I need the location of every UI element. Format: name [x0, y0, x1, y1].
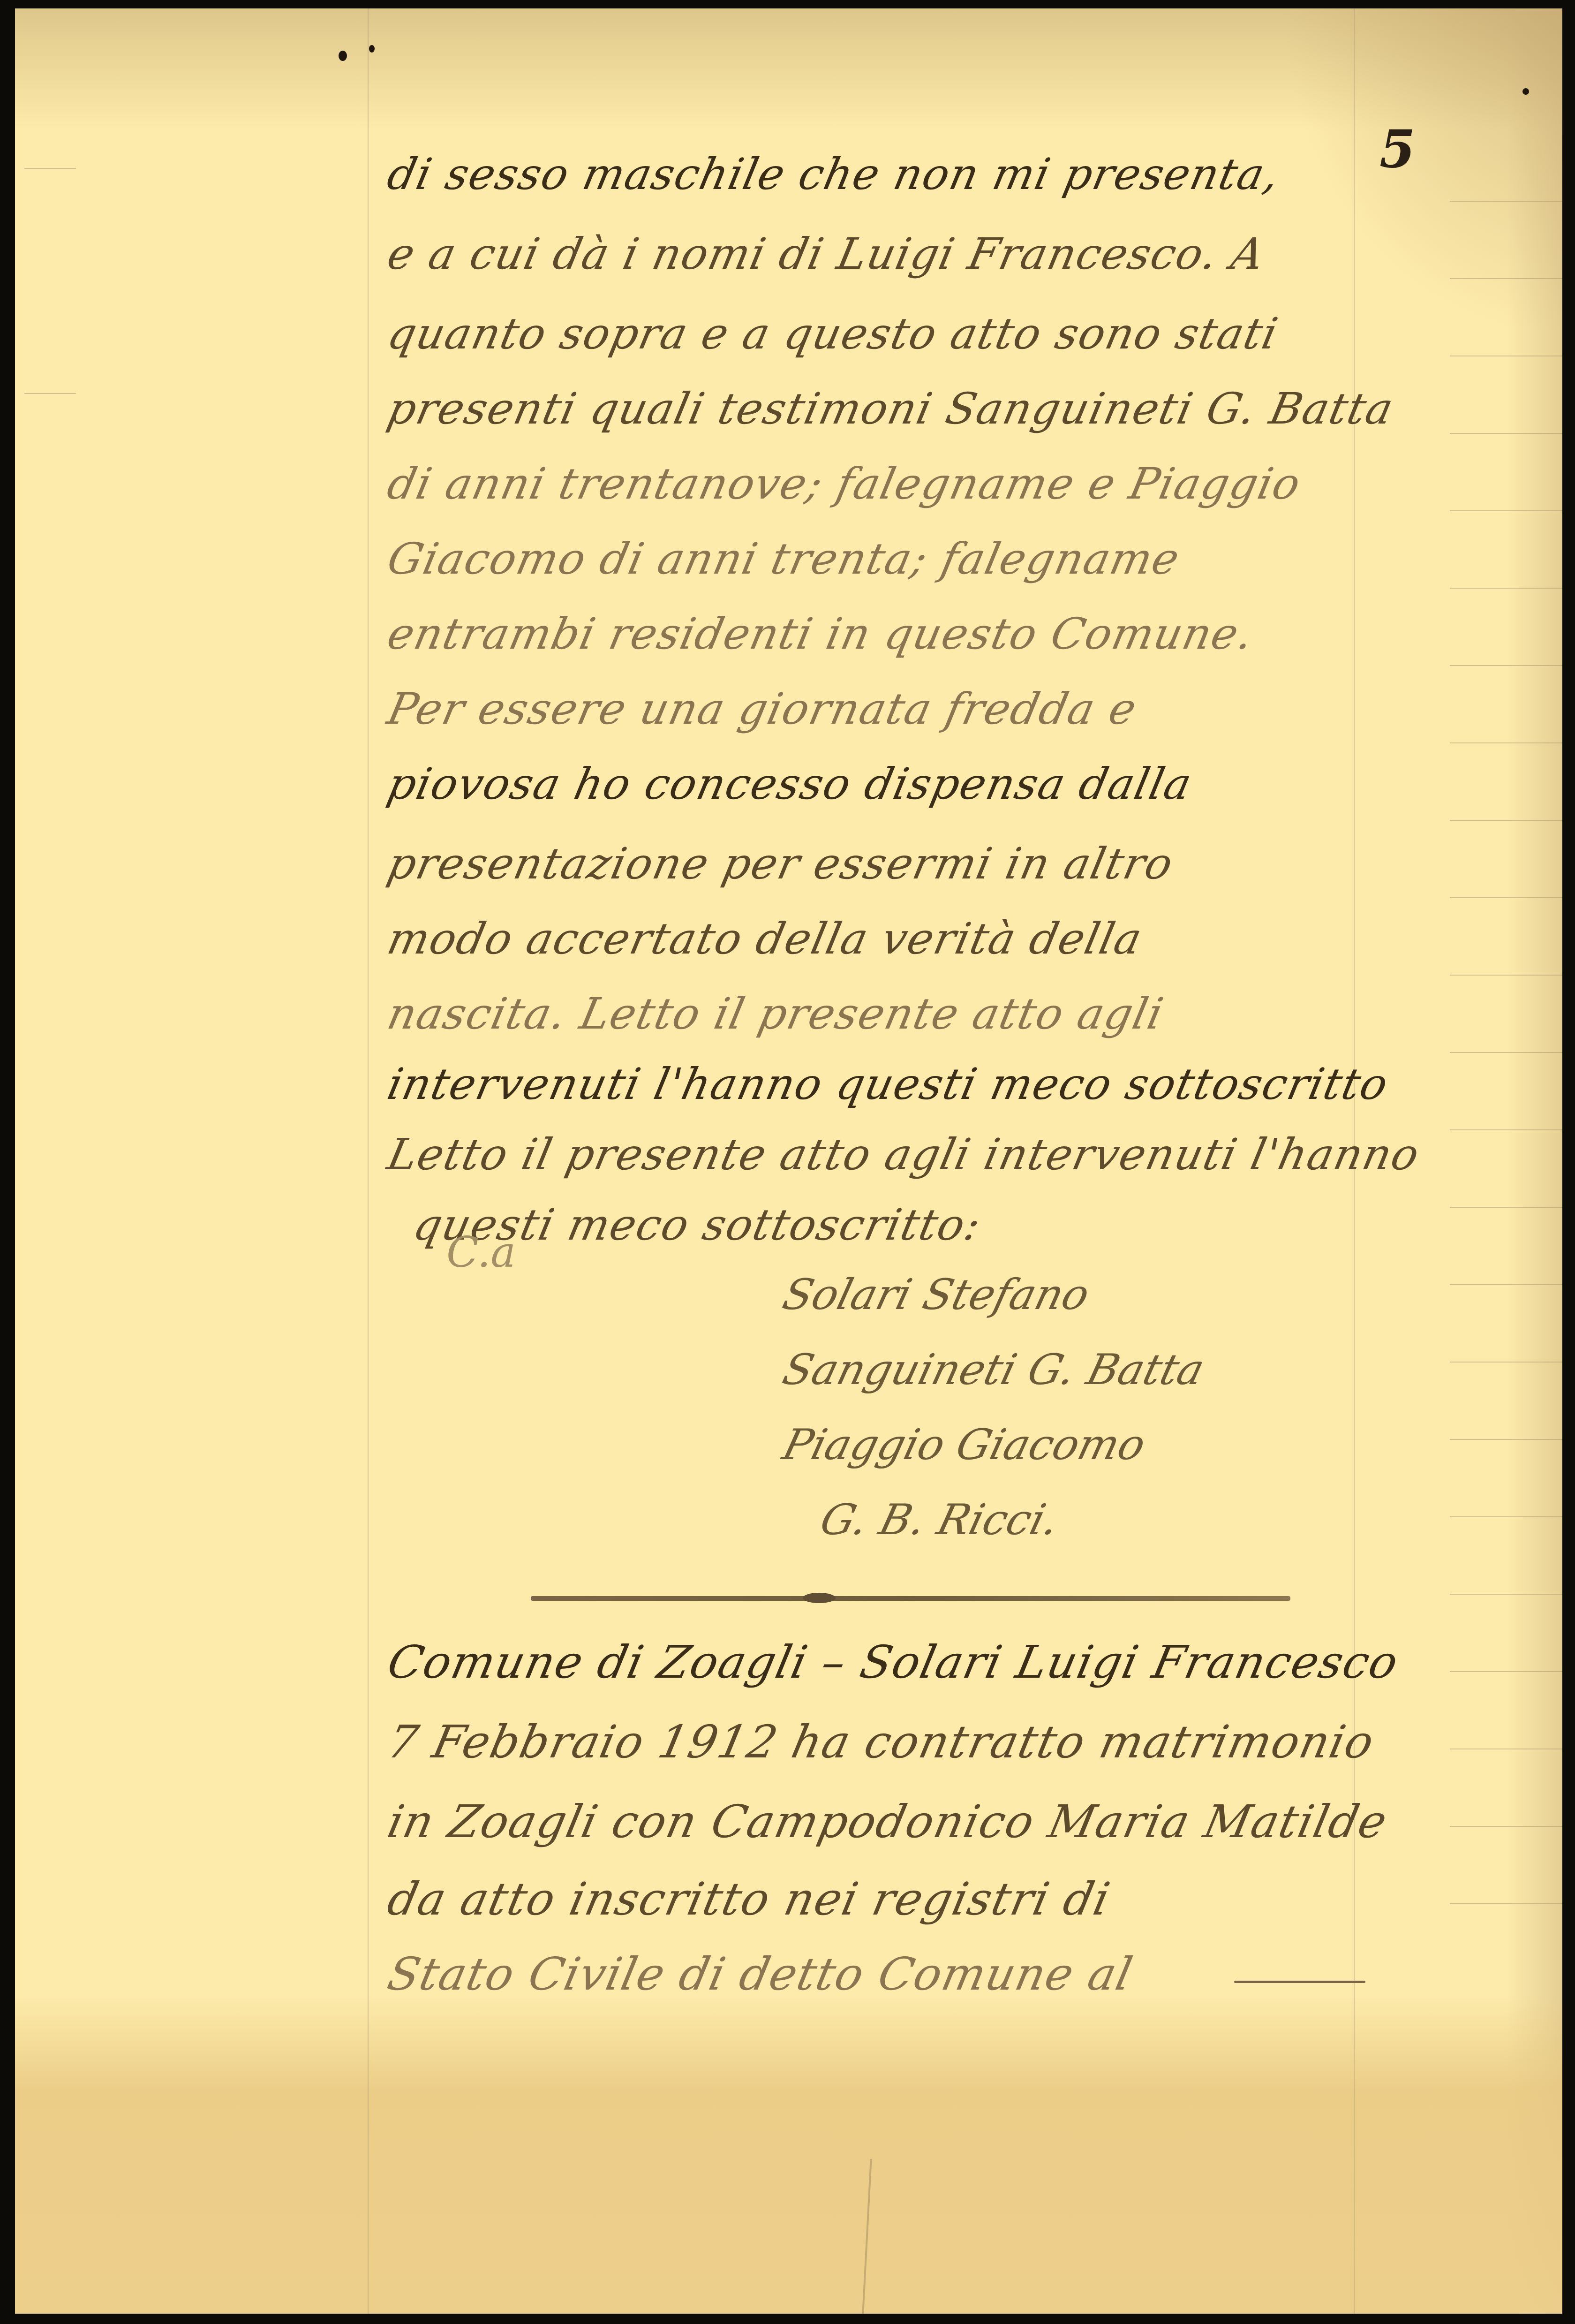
ruling-tick: [1450, 1439, 1562, 1440]
ruling-tick: [24, 168, 76, 169]
divider-ink-blob: [803, 1593, 836, 1603]
ruling-tick: [1450, 1129, 1562, 1130]
annotation-line-3: in Zoagli con Campodonico Maria Matilde: [383, 1795, 1392, 1848]
paper-stain-right-edge: [1506, 8, 1562, 2314]
ruling-tick: [24, 393, 76, 394]
ruling-tick: [1450, 588, 1562, 589]
ruling-tick: [1450, 201, 1562, 202]
signature-sanguineti: Sanguineti G. Batta: [778, 1345, 1209, 1394]
ruling-tick: [1450, 975, 1562, 976]
body-line-3: quanto sopra e a questo atto sono stati: [383, 309, 1283, 359]
signature-ricci: G. B. Ricci.: [815, 1495, 1064, 1544]
ruling-tick: [1450, 1362, 1562, 1363]
body-line-11: modo accertato della verità della: [383, 914, 1147, 964]
body-line-4: presenti quali testimoni Sanguineti G. B…: [383, 384, 1398, 434]
paper-stain-bottom: [15, 1995, 1562, 2314]
ruling-tick: [1450, 1671, 1562, 1672]
ruling-tick: [1450, 665, 1562, 666]
ruling-tick: [1450, 1594, 1562, 1595]
body-line-14: Letto il presente atto agli intervenuti …: [383, 1129, 1424, 1180]
ruling-tick: [1450, 510, 1562, 511]
body-line-7: entrambi residenti in questo Comune.: [383, 609, 1258, 659]
body-line-12: nascita. Letto il presente atto agli: [383, 989, 1168, 1039]
body-line-6: Giacomo di anni trenta; falegname: [383, 534, 1184, 584]
ruling-tick: [1450, 897, 1562, 898]
annotation-line-1: Comune di Zoagli – Solari Luigi Francesc…: [383, 1636, 1403, 1688]
body-line-5: di anni trentanove; falegname e Piaggio: [383, 459, 1305, 509]
ruling-tick: [1450, 1516, 1562, 1517]
body-line-1: di sesso maschile che non mi presenta,: [383, 149, 1284, 199]
ruling-tick: [1450, 1284, 1562, 1285]
line-end-flourish: [1234, 1981, 1365, 1983]
ruling-tick: [1450, 1903, 1562, 1904]
body-line-10: presentazione per essermi in altro: [383, 839, 1178, 889]
ruling-tick: [1450, 1207, 1562, 1208]
ink-speck: [369, 45, 375, 53]
ruling-tick: [1450, 742, 1562, 743]
annotation-line-5: Stato Civile di detto Comune al: [383, 1948, 1138, 2000]
ruling-tick: [1450, 278, 1562, 279]
body-line-2: e a cui dà i nomi di Luigi Francesco. A: [383, 229, 1269, 279]
ruling-tick: [1450, 433, 1562, 434]
annotation-line-4: da atto inscritto nei registri di: [383, 1873, 1115, 1925]
initial-mark: C.a: [446, 1228, 516, 1277]
ink-speck: [339, 51, 347, 61]
document-page: 5 di sesso maschile che non mi presenta,…: [15, 8, 1562, 2314]
left-margin-rule: [368, 8, 369, 2314]
ruling-tick: [1450, 820, 1562, 821]
page-number: 5: [1379, 119, 1416, 179]
body-line-13: intervenuti l'hanno questi meco sottoscr…: [383, 1059, 1393, 1109]
ruling-tick: [1450, 1052, 1562, 1053]
ruling-tick: [1450, 1749, 1562, 1749]
signature-piaggio: Piaggio Giacomo: [778, 1420, 1150, 1469]
annotation-line-2: 7 Febbraio 1912 ha contratto matrimonio: [383, 1716, 1379, 1768]
ruling-tick: [1450, 1826, 1562, 1827]
ruling-tick: [1450, 356, 1562, 356]
body-line-8: Per essere una giornata fredda e: [383, 684, 1141, 734]
signature-solari-stefano: Solari Stefano: [778, 1270, 1094, 1319]
ink-speck: [1522, 88, 1529, 95]
body-line-9: piovosa ho concesso dispensa dalla: [383, 759, 1197, 809]
section-divider: [531, 1596, 1290, 1601]
